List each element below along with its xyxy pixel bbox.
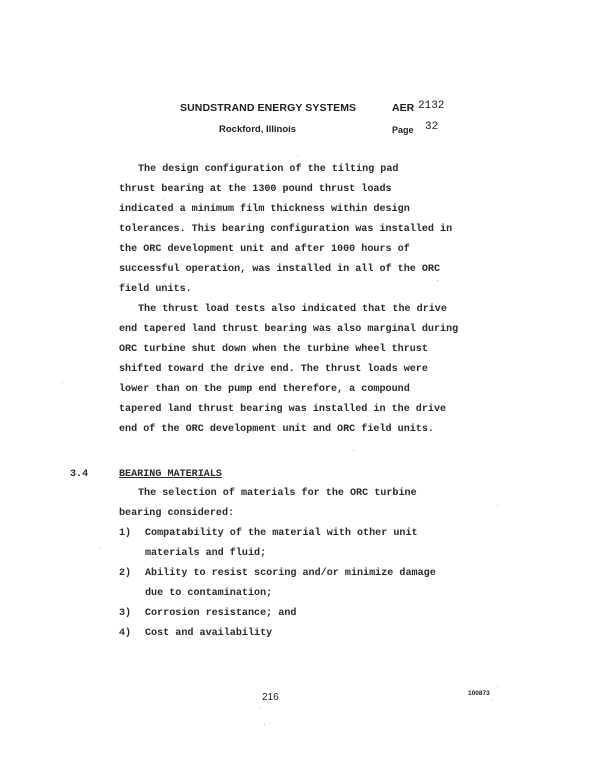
text-line: the ORC development unit and after 1000 … [119, 244, 410, 256]
scan-speck [297, 155, 298, 156]
text-line: lower than on the pump end therefore, a … [119, 384, 410, 396]
list-number: 3) [119, 608, 131, 620]
report-label: AER [392, 102, 414, 114]
list-text: Ability to resist scoring and/or minimiz… [145, 568, 436, 580]
text-line: successful operation, was installed in a… [119, 264, 440, 276]
report-number: 2132 [418, 100, 444, 112]
list-text: Corrosion resistance; and [145, 608, 296, 620]
scan-speck [497, 686, 498, 687]
scan-speck [62, 382, 63, 383]
scan-speck [497, 505, 498, 506]
text-line: The design configuration of the tilting … [138, 164, 398, 176]
company-name: SUNDSTRAND ENERGY SYSTEMS [180, 102, 356, 114]
text-line: shifted toward the drive end. The thrust… [119, 364, 428, 376]
scan-speck [100, 548, 101, 549]
scan-speck [259, 708, 260, 709]
text-line: ORC turbine shut down when the turbine w… [119, 344, 428, 356]
section-title: BEARING MATERIALS [119, 469, 222, 481]
list-text: materials and fluid; [145, 548, 266, 560]
footer-document-id: 100873 [468, 690, 490, 697]
list-text: due to contamination; [145, 588, 272, 600]
text-line: tapered land thrust bearing was installe… [119, 404, 446, 416]
scan-speck [163, 198, 164, 199]
text-line: The thrust load tests also indicated tha… [138, 304, 447, 316]
list-text: Compatability of the material with other… [145, 528, 418, 540]
text-line: The selection of materials for the ORC t… [138, 488, 417, 500]
scan-speck [437, 280, 438, 281]
text-line: field units. [119, 284, 192, 296]
text-line: thrust bearing at the 1300 pound thrust … [119, 184, 392, 196]
footer-page-number: 216 [262, 692, 279, 703]
scan-speck [353, 450, 354, 451]
page-number: 32 [425, 121, 438, 133]
list-number: 4) [119, 628, 131, 640]
list-number: 1) [119, 528, 131, 540]
list-number: 2) [119, 568, 131, 580]
scan-speck [264, 724, 265, 725]
text-line: end of the ORC development unit and ORC … [119, 424, 434, 436]
text-line: indicated a minimum film thickness withi… [119, 204, 410, 216]
page-label: Page [392, 125, 414, 135]
text-line: tolerances. This bearing configuration w… [119, 224, 452, 236]
company-location: Rockford, Illinois [219, 124, 296, 135]
scan-speck [492, 700, 493, 701]
text-line: end tapered land thrust bearing was also… [119, 324, 458, 336]
list-text: Cost and availability [145, 628, 272, 640]
section-number: 3.4 [70, 469, 88, 481]
text-line: bearing considered: [119, 508, 234, 520]
